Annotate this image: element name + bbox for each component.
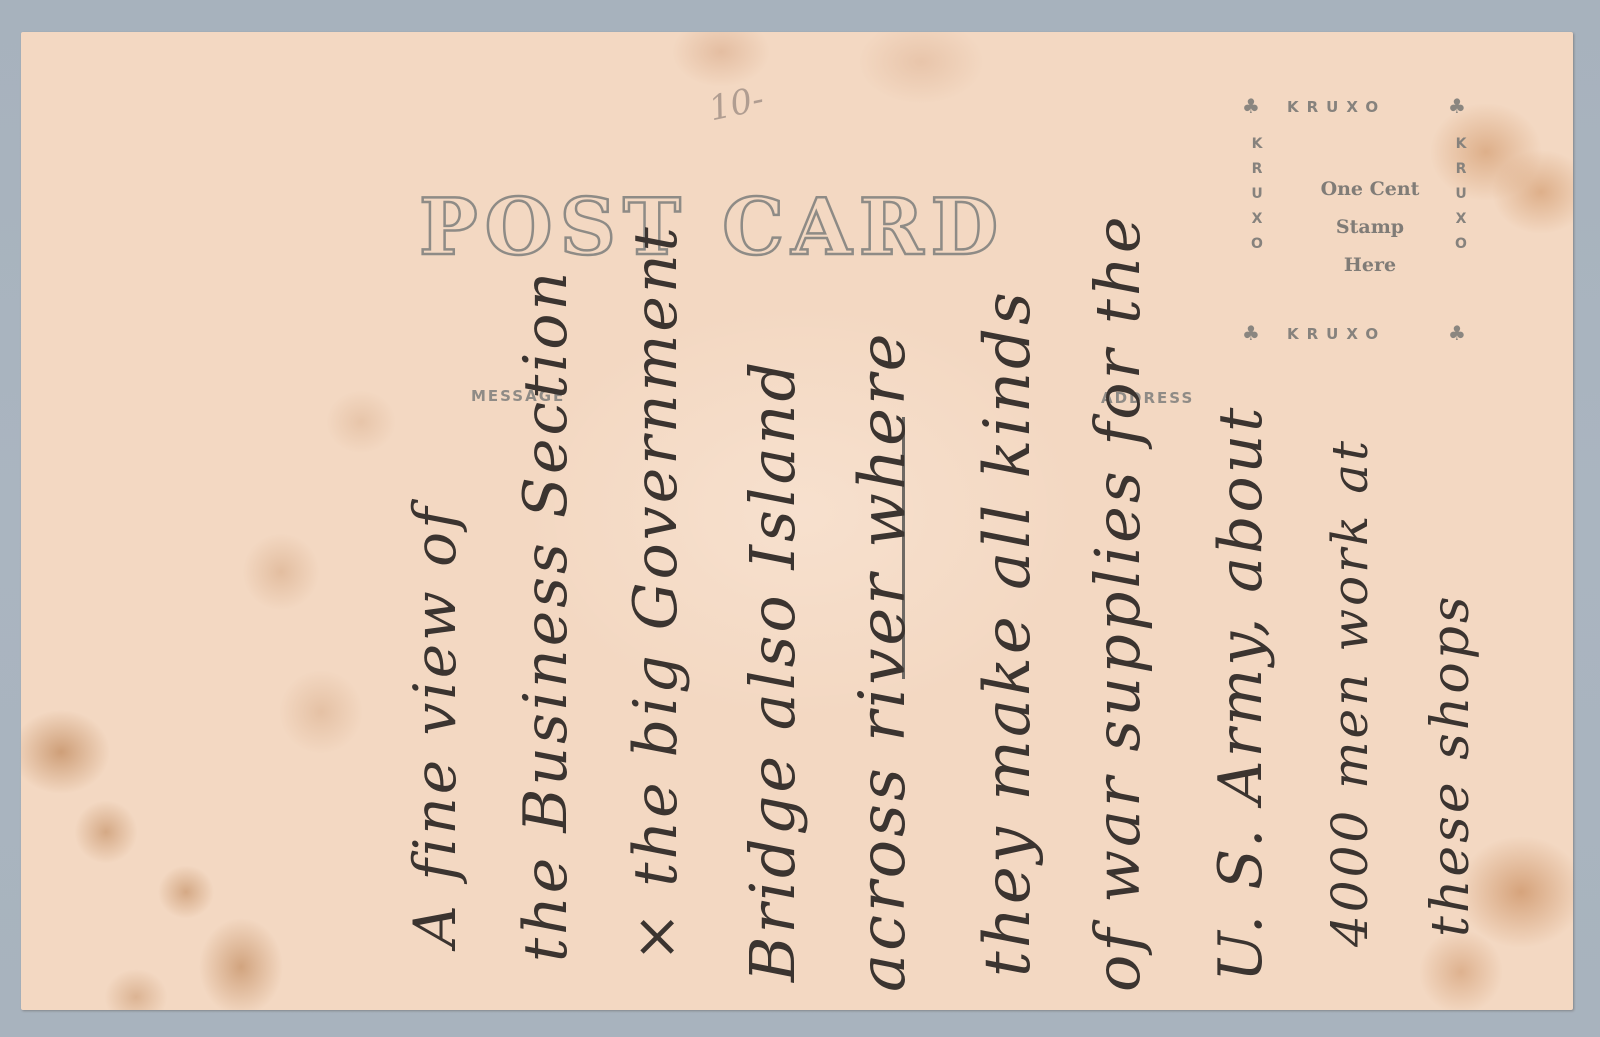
handwriting-line: these shops — [1421, 593, 1481, 937]
stamp-letter: R — [1249, 157, 1265, 182]
handwriting-line: A fine view of — [401, 504, 469, 947]
stamp-brand-left: K R U X O — [1249, 132, 1265, 257]
stamp-letter: X — [1453, 207, 1469, 232]
handwriting-line: they make all kinds — [971, 289, 1045, 977]
club-icon: ♣ — [1448, 323, 1466, 343]
handwriting-line: Bridge also Island — [736, 359, 809, 982]
handwriting-line: U. S. Army, about — [1206, 405, 1276, 982]
stamp-letter: O — [1249, 232, 1265, 257]
club-icon: ♣ — [1448, 96, 1466, 116]
club-icon: ♣ — [1242, 323, 1260, 343]
stamp-box: ♣ ♣ ♣ ♣ KRUXO KRUXO K R U X O K R U X O … — [1235, 92, 1475, 348]
stamp-letter: R — [1453, 157, 1469, 182]
club-icon: ♣ — [1242, 96, 1260, 116]
stamp-brand-top: KRUXO — [1287, 98, 1386, 116]
handwriting-line: of war supplies for the — [1081, 213, 1154, 992]
stamp-text-line: Here — [1295, 246, 1445, 284]
handwriting-line: 4000 men work at — [1321, 438, 1379, 947]
stamp-brand-right: K R U X O — [1453, 132, 1469, 257]
stamp-letter: X — [1249, 207, 1265, 232]
handwriting-line: the Business Section — [511, 269, 581, 962]
stamp-letter: O — [1453, 232, 1469, 257]
handwriting-line: × the big Government — [621, 224, 691, 962]
stamp-letter: U — [1453, 182, 1469, 207]
stamp-brand-bottom: KRUXO — [1287, 325, 1386, 343]
stamp-letter: U — [1249, 182, 1265, 207]
pencil-price-note: 10- — [705, 79, 767, 130]
stamp-instructions: One Cent Stamp Here — [1295, 170, 1445, 284]
postcard: 10- POST CARD MESSAGE ADDRESS ♣ ♣ ♣ ♣ KR… — [21, 32, 1573, 1010]
stamp-letter: K — [1249, 132, 1265, 157]
stamp-text-line: One Cent — [1295, 170, 1445, 208]
stamp-letter: K — [1453, 132, 1469, 157]
handwriting-line: across river where — [846, 330, 920, 992]
post-card-heading: POST CARD — [419, 182, 1005, 273]
stamp-text-line: Stamp — [1295, 208, 1445, 246]
